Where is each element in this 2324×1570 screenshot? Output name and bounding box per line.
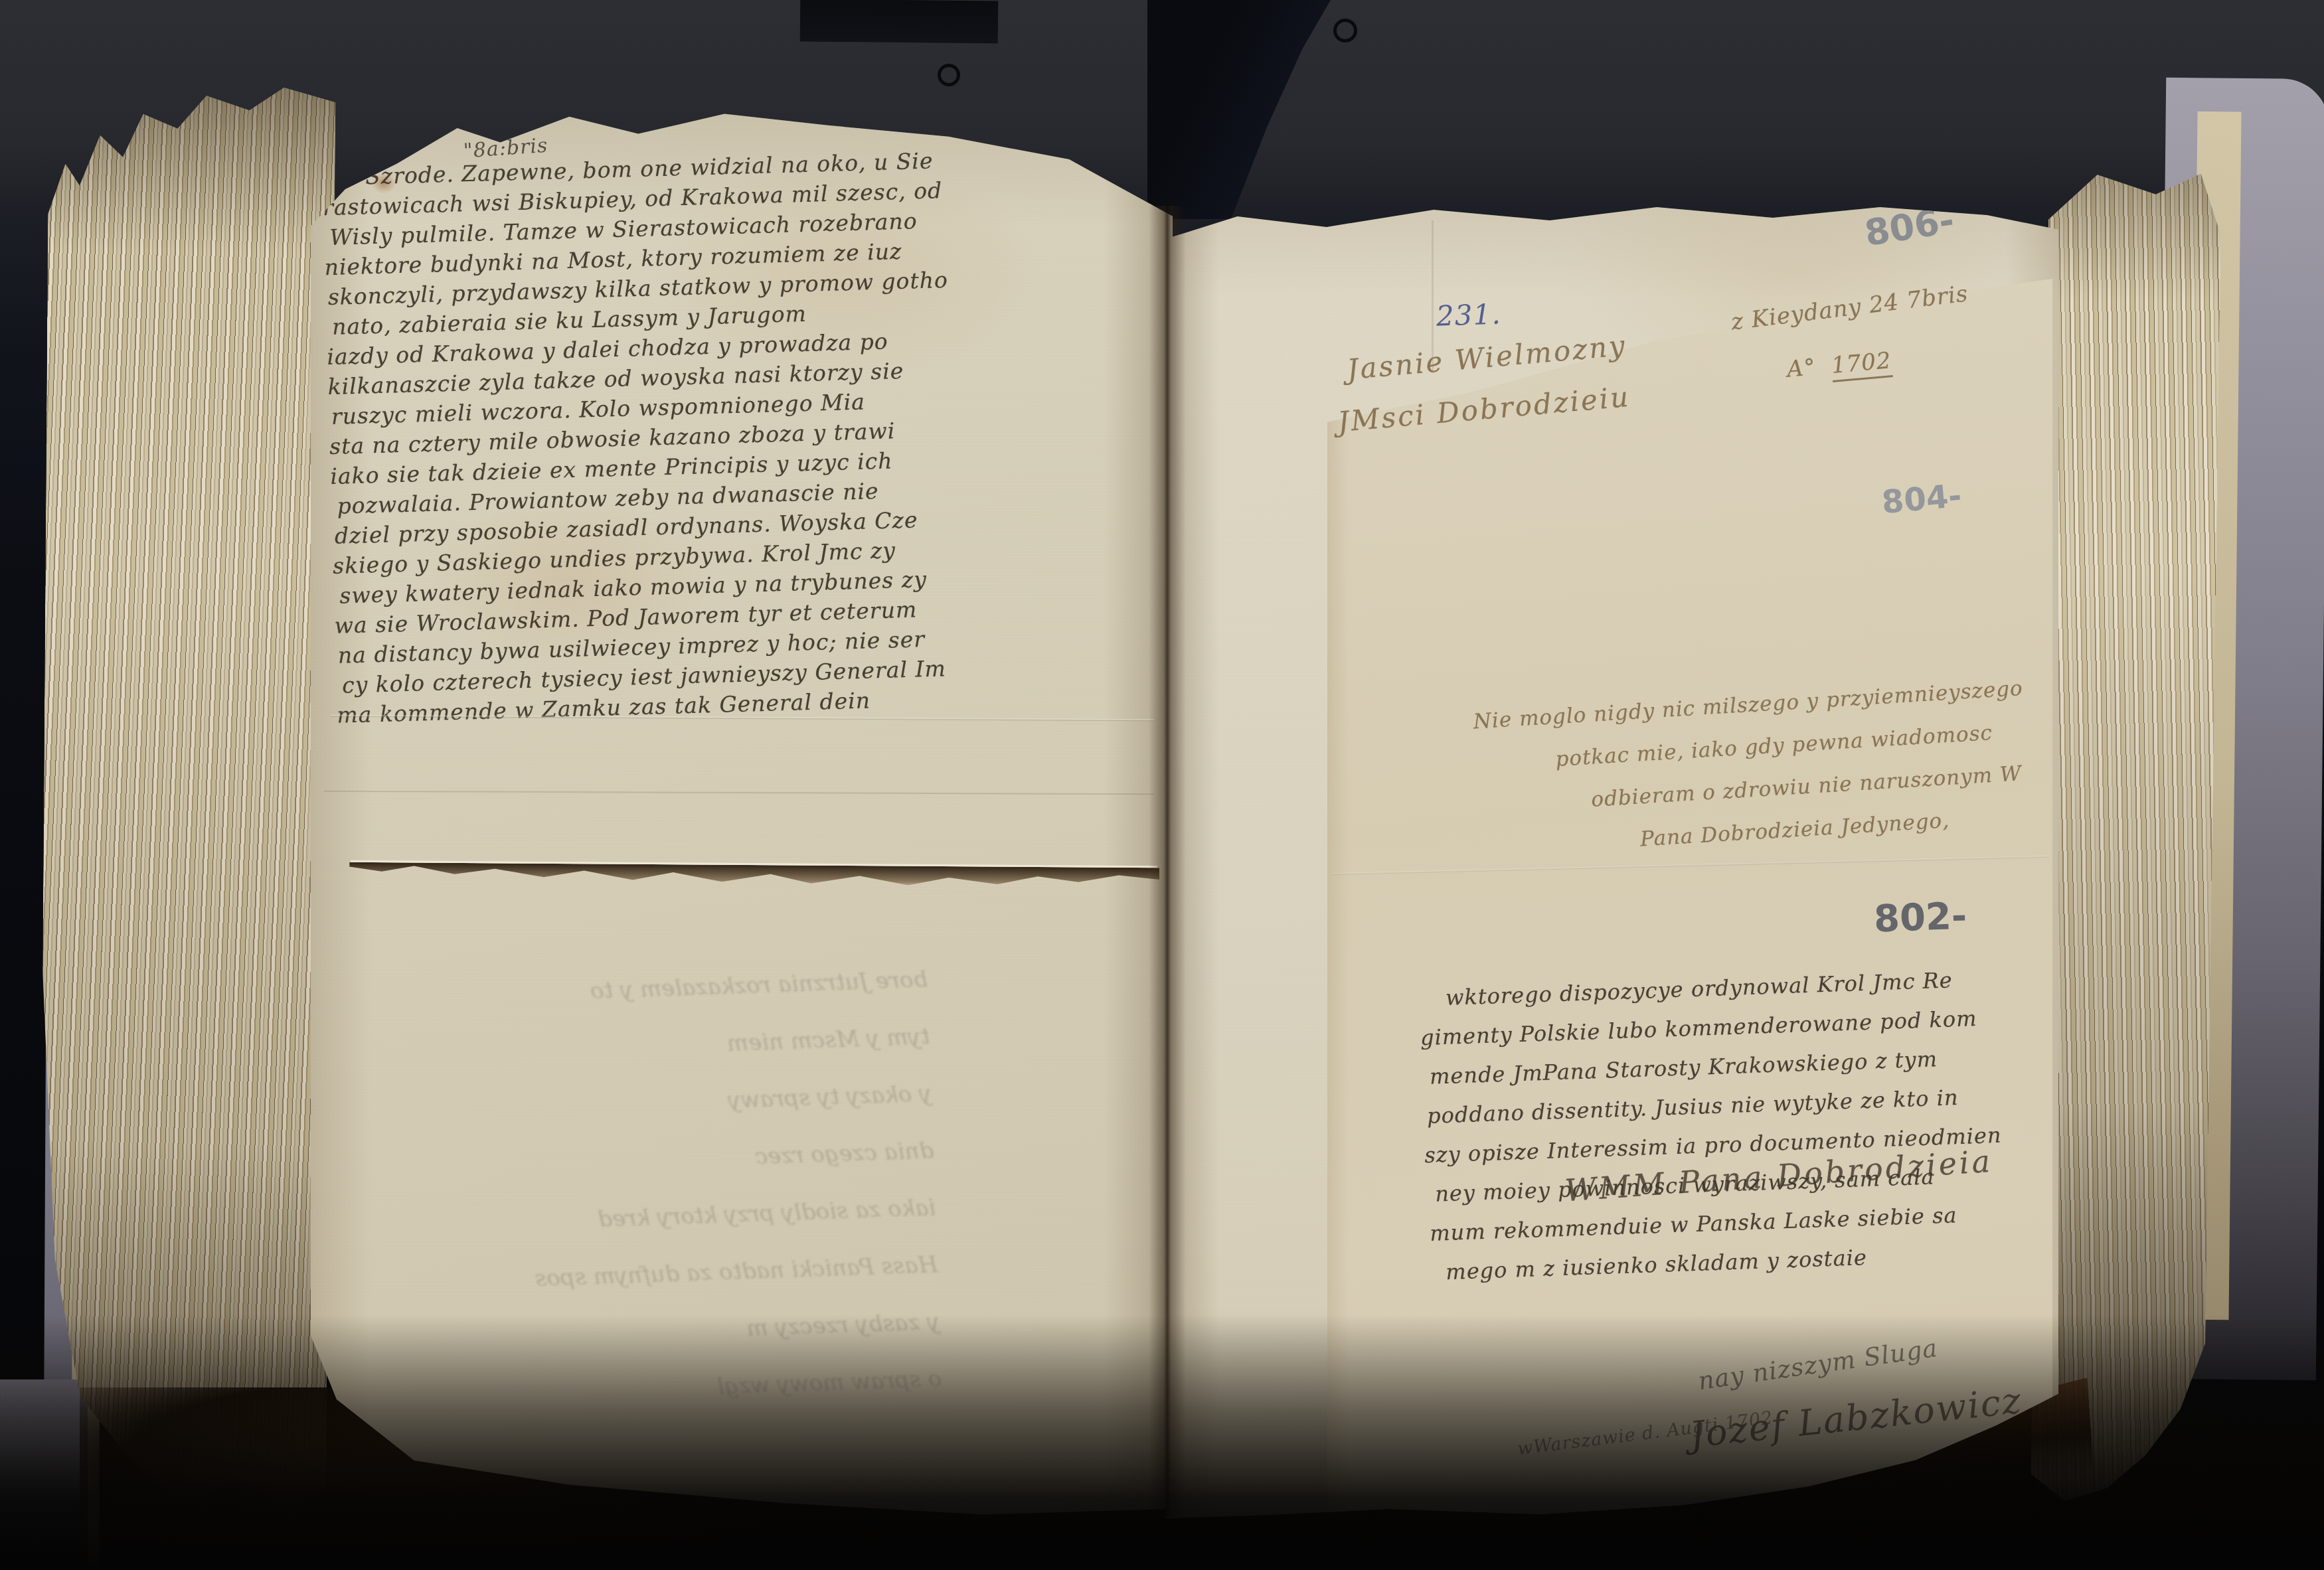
shadow-bottom	[0, 1314, 2324, 1570]
folio-number-802: 802-	[1873, 895, 1967, 941]
page-stack-left-fore-edge	[39, 78, 335, 1520]
page-stack-right-fore-edge	[2031, 166, 2222, 1502]
left-page-text-block: we Szrode. Zapewne, bom one widzial na o…	[321, 148, 862, 730]
year-1702: 1702	[1830, 347, 1892, 382]
mount-tab-right	[1147, 0, 1347, 219]
left-page: 801- "8a:bris we Szrode. Zapewne, bom on…	[311, 98, 1173, 1520]
folio-number-806: 806-	[1862, 199, 1957, 254]
manuscript-photo: 801- "8a:bris we Szrode. Zapewne, bom on…	[0, 0, 2324, 1570]
letter-paragraph-2: wktorego dispozycye ordynowal Krol Jmc R…	[1418, 959, 2007, 1293]
archive-item-number: 231.	[1436, 297, 1501, 332]
folio-number-804: 804-	[1880, 477, 1963, 521]
fold-crease	[324, 791, 1154, 795]
folio-number-801: 801-	[357, 96, 443, 143]
anno-domini: A°	[1786, 354, 1817, 383]
tab-hole-icon	[1333, 19, 1357, 42]
mount-tab-left	[800, 0, 999, 44]
tab-hole-icon	[938, 64, 960, 86]
letter-paragraph-1: Nie moglo nigdy nic milszego y przyiemni…	[1472, 667, 2032, 870]
